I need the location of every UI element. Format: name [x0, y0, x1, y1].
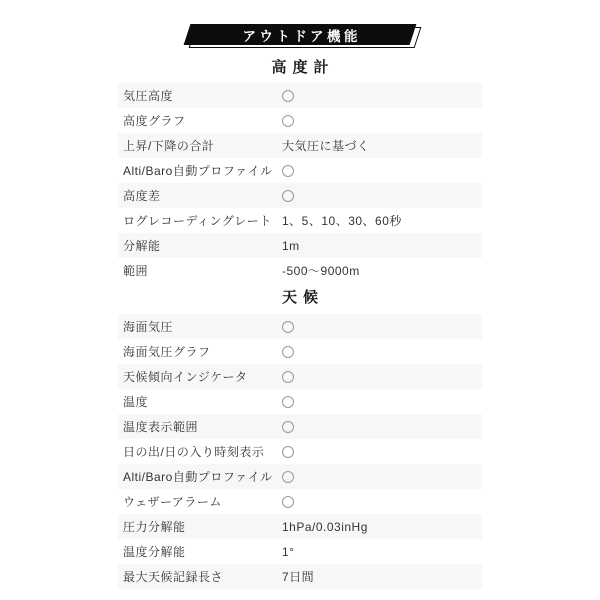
spec-label: 範囲 — [118, 262, 282, 279]
spec-value — [282, 370, 482, 384]
spec-row: 範囲 -500〜9000m — [118, 258, 482, 283]
spec-label: ログレコーディングレート — [118, 212, 282, 229]
spec-table: 気圧高度 高度グラフ 上昇/下降の合計 大気圧に基づく Alti/Baro自動プ… — [118, 83, 482, 283]
spec-value — [282, 345, 482, 359]
spec-value — [282, 114, 482, 128]
supported-circle-icon — [282, 321, 294, 333]
spec-value — [282, 470, 482, 484]
spec-value: 1hPa/0.03inHg — [282, 520, 482, 534]
spec-row: 温度 — [118, 389, 482, 414]
supported-circle-icon — [282, 90, 294, 102]
spec-value — [282, 395, 482, 409]
spec-label: 温度表示範囲 — [118, 418, 282, 435]
spec-row: 分解能 1m — [118, 233, 482, 258]
spec-label: 高度グラフ — [118, 112, 282, 129]
supported-circle-icon — [282, 165, 294, 177]
spec-label: 海面気圧グラフ — [118, 343, 282, 360]
spec-section: 天候 海面気圧 海面気圧グラフ 天候傾向インジケータ 温度 温度表示範囲 日の出… — [0, 290, 600, 589]
section-title-1: 高度計 — [0, 60, 600, 76]
spec-value: 1° — [282, 545, 482, 559]
spec-row: Alti/Baro自動プロファイル — [118, 158, 482, 183]
spec-value: 7日間 — [282, 568, 482, 585]
spec-row: 海面気圧 — [118, 314, 482, 339]
spec-row: Alti/Baro自動プロファイル — [118, 464, 482, 489]
supported-circle-icon — [282, 396, 294, 408]
banner-title: アウトドア機能 — [187, 24, 413, 45]
supported-circle-icon — [282, 496, 294, 508]
spec-value — [282, 164, 482, 178]
spec-value — [282, 495, 482, 509]
section-title-2: 天候 — [0, 290, 600, 306]
spec-label: 温度 — [118, 393, 282, 410]
spec-row: 気圧高度 — [118, 83, 482, 108]
spec-label: 日の出/日の入り時刻表示 — [118, 443, 282, 460]
outdoor-features-banner: アウトドア機能 — [187, 24, 413, 45]
supported-circle-icon — [282, 190, 294, 202]
spec-row: 高度差 — [118, 183, 482, 208]
spec-value: -500〜9000m — [282, 262, 482, 279]
spec-row: ログレコーディングレート 1、5、10、30、60秒 — [118, 208, 482, 233]
supported-circle-icon — [282, 346, 294, 358]
supported-circle-icon — [282, 446, 294, 458]
spec-value: 大気圧に基づく — [282, 137, 482, 154]
supported-circle-icon — [282, 115, 294, 127]
spec-label: 上昇/下降の合計 — [118, 137, 282, 154]
spec-row: 温度表示範囲 — [118, 414, 482, 439]
spec-label: 最大天候記録長さ — [118, 568, 282, 585]
spec-row: 温度分解能 1° — [118, 539, 482, 564]
spec-value — [282, 420, 482, 434]
spec-page: アウトドア機能 高度計 気圧高度 高度グラフ 上昇/下降の合計 大気圧に基づく … — [0, 0, 600, 589]
supported-circle-icon — [282, 371, 294, 383]
spec-label: Alti/Baro自動プロファイル — [118, 162, 282, 179]
spec-label: 天候傾向インジケータ — [118, 368, 282, 385]
spec-label: 圧力分解能 — [118, 518, 282, 535]
spec-label: 高度差 — [118, 187, 282, 204]
supported-circle-icon — [282, 471, 294, 483]
spec-sections: 高度計 気圧高度 高度グラフ 上昇/下降の合計 大気圧に基づく Alti/Bar… — [0, 60, 600, 589]
spec-row: 海面気圧グラフ — [118, 339, 482, 364]
spec-section: 高度計 気圧高度 高度グラフ 上昇/下降の合計 大気圧に基づく Alti/Bar… — [0, 60, 600, 283]
spec-value — [282, 189, 482, 203]
spec-row: 上昇/下降の合計 大気圧に基づく — [118, 133, 482, 158]
spec-row: 天候傾向インジケータ — [118, 364, 482, 389]
supported-circle-icon — [282, 421, 294, 433]
spec-value: 1m — [282, 239, 482, 253]
spec-row: 最大天候記録長さ 7日間 — [118, 564, 482, 589]
spec-row: 圧力分解能 1hPa/0.03inHg — [118, 514, 482, 539]
spec-label: 温度分解能 — [118, 543, 282, 560]
spec-value — [282, 445, 482, 459]
spec-table: 海面気圧 海面気圧グラフ 天候傾向インジケータ 温度 温度表示範囲 日の出/日の… — [118, 314, 482, 589]
spec-value — [282, 89, 482, 103]
spec-label: 気圧高度 — [118, 87, 282, 104]
spec-value: 1、5、10、30、60秒 — [282, 212, 482, 229]
spec-row: 日の出/日の入り時刻表示 — [118, 439, 482, 464]
spec-value — [282, 320, 482, 334]
spec-label: 海面気圧 — [118, 318, 282, 335]
spec-row: ウェザーアラーム — [118, 489, 482, 514]
spec-label: 分解能 — [118, 237, 282, 254]
spec-label: ウェザーアラーム — [118, 493, 282, 510]
spec-label: Alti/Baro自動プロファイル — [118, 468, 282, 485]
spec-row: 高度グラフ — [118, 108, 482, 133]
